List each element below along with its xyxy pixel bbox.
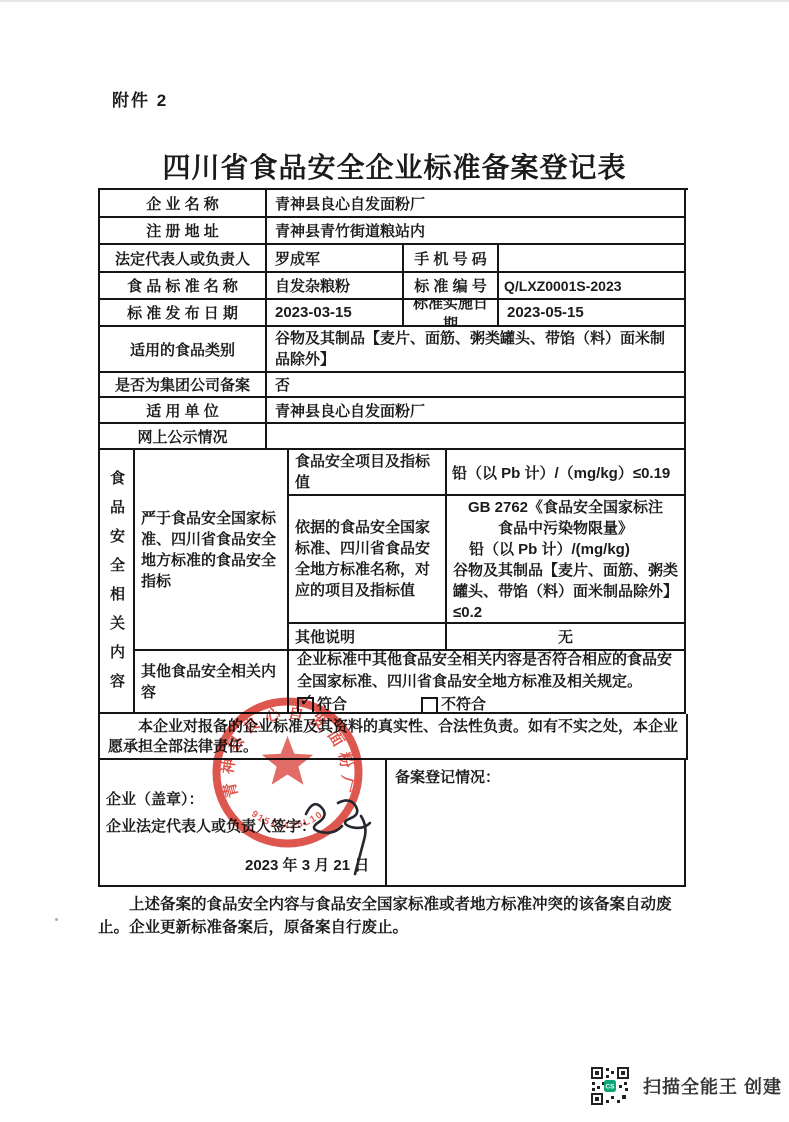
row-label-group-filing: 是否为集团公司备案 [100, 373, 267, 398]
safety-other-note-value: 无 [447, 624, 686, 651]
row-label-registered-address: 注 册 地 址 [100, 218, 267, 245]
row-value-standard-name: 自发杂粮粉 [267, 273, 404, 300]
row-value-legal-representative: 罗成军 [267, 245, 404, 273]
row-value-publish-date: 2023-03-15 [267, 300, 404, 327]
safety-side-label-text: 食品安全相关内容 [106, 460, 127, 702]
safety-basis-value-cell: GB 2762《食品安全国家标注 食品中污染物限量》 铅（以 Pb 计）/(mg… [447, 496, 686, 624]
row-value-registered-address: 青神县青竹街道粮站内 [267, 218, 686, 245]
row-label-online-publicity: 网上公示情况 [100, 424, 267, 450]
row-label-mobile-number: 手 机 号 码 [404, 245, 499, 273]
row-label-standard-number: 标 准 编 号 [404, 273, 499, 300]
registration-table: 企 业 名 称 青神县良心自发面粉厂 注 册 地 址 青神县青竹街道粮站内 法定… [98, 188, 688, 887]
row-value-online-publicity [267, 424, 686, 450]
choice-not-comply-label: 不符合 [441, 694, 486, 714]
row-label-legal-representative: 法定代表人或负责人 [100, 245, 267, 273]
basis-line-3: 铅（以 Pb 计）/(mg/kg) [453, 539, 678, 560]
row-label-food-category: 适用的食品类别 [100, 327, 267, 373]
checkbox-empty-icon [421, 697, 438, 714]
scanner-watermark: CS 扫描全能王 创建 [590, 1066, 782, 1106]
row-label-company-name: 企 业 名 称 [100, 190, 267, 218]
scanned-form-page: 附件 2 四川省食品安全企业标准备案登记表 企 业 名 称 青神县良心自发面粉厂… [0, 0, 789, 1122]
choice-not-comply: 不符合 [421, 694, 486, 714]
company-seal-label: 企业（盖章）： [106, 788, 204, 809]
safety-basis-label-cell: 依据的食品安全国家标准、四川省食品安全地方标准名称，对应的项目及指标值 [289, 496, 447, 624]
row-value-standard-number: Q/LXZ0001S-2023 [499, 273, 686, 300]
scanner-badge-text: CS [606, 1083, 616, 1090]
attachment-label: 附件 2 [112, 86, 168, 111]
handwritten-signature [298, 788, 393, 880]
qr-code: CS [590, 1066, 630, 1106]
signature-stroke [306, 800, 370, 874]
stamp-star-icon [262, 736, 313, 785]
registration-status-label: 备案登记情况： [395, 769, 500, 786]
row-value-mobile-number [499, 245, 686, 273]
table-top-section: 企 业 名 称 青神县良心自发面粉厂 注 册 地 址 青神县青竹街道粮站内 法定… [100, 190, 688, 450]
row-label-applicable-unit: 适 用 单 位 [100, 398, 267, 424]
safety-basis-value: GB 2762《食品安全国家标注 食品中污染物限量》 铅（以 Pb 计）/(mg… [447, 496, 684, 624]
row-label-standard-name: 食 品 标 准 名 称 [100, 273, 267, 300]
basis-line-1: GB 2762《食品安全国家标注 [453, 497, 678, 518]
registration-status-cell: 备案登记情况： [387, 760, 686, 887]
safety-other-text: 企业标准中其他食品安全相关内容是否符合相应的食品安全国家标准、四川省食品安全地方… [297, 651, 672, 690]
safety-group-label-cell: 严于食品安全国家标准、四川省食品安全地方标准的食品安全指标 [135, 450, 289, 651]
safety-group-label: 严于食品安全国家标准、四川省食品安全地方标准的食品安全指标 [135, 505, 287, 595]
row-label-implement-date: 标准实施日期 [404, 300, 499, 327]
table-signature-section: 企业（盖章）： 企业法定代表人或负责人签字： 2023 年 3 月 21 日 备… [100, 760, 688, 887]
page-title: 四川省食品安全企业标准备案登记表 [0, 146, 789, 186]
row-value-food-category: 谷物及其制品【麦片、面筋、粥类罐头、带馅（料）面米制品除外】 [267, 327, 686, 373]
row-label-publish-date: 标 准 发 布 日 期 [100, 300, 267, 327]
row-value-implement-date: 2023-05-15 [499, 300, 686, 327]
declaration-text: 本企业对报备的企业标准及其资料的真实性、合法性负责。如有不实之处，本企业愿承担全… [100, 714, 688, 760]
safety-item-label-cell: 食品安全项目及指标值 [289, 450, 447, 496]
table-safety-section: 食品安全相关内容 严于食品安全国家标准、四川省食品安全地方标准的食品安全指标 食… [100, 450, 688, 714]
basis-line-4: 谷物及其制品【麦片、面筋、粥类罐头、带馅（料）面米制品除外】≤0.2 [453, 560, 678, 623]
footer-note: 上述备案的食品安全内容与食品安全国家标准或者地方标准冲突的该备案自动废止。企业更… [98, 893, 686, 939]
safety-item-value: 铅（以 Pb 计）/（mg/kg）≤0.19 [447, 450, 686, 496]
safety-basis-label: 依据的食品安全国家标准、四川省食品安全地方标准名称，对应的项目及指标值 [289, 514, 445, 604]
row-value-company-name: 青神县良心自发面粉厂 [267, 190, 686, 218]
scanner-label: 扫描全能王 创建 [643, 1073, 782, 1099]
safety-side-label: 食品安全相关内容 [100, 450, 135, 714]
scan-edge-artifact [0, 0, 789, 2]
scan-speck [55, 918, 58, 921]
safety-other-note-label: 其他说明 [289, 624, 447, 651]
safety-item-label: 食品安全项目及指标值 [289, 450, 445, 496]
basis-line-2: 食品中污染物限量》 [453, 518, 678, 539]
row-value-group-filing: 否 [267, 373, 686, 398]
row-value-applicable-unit: 青神县良心自发面粉厂 [267, 398, 686, 424]
